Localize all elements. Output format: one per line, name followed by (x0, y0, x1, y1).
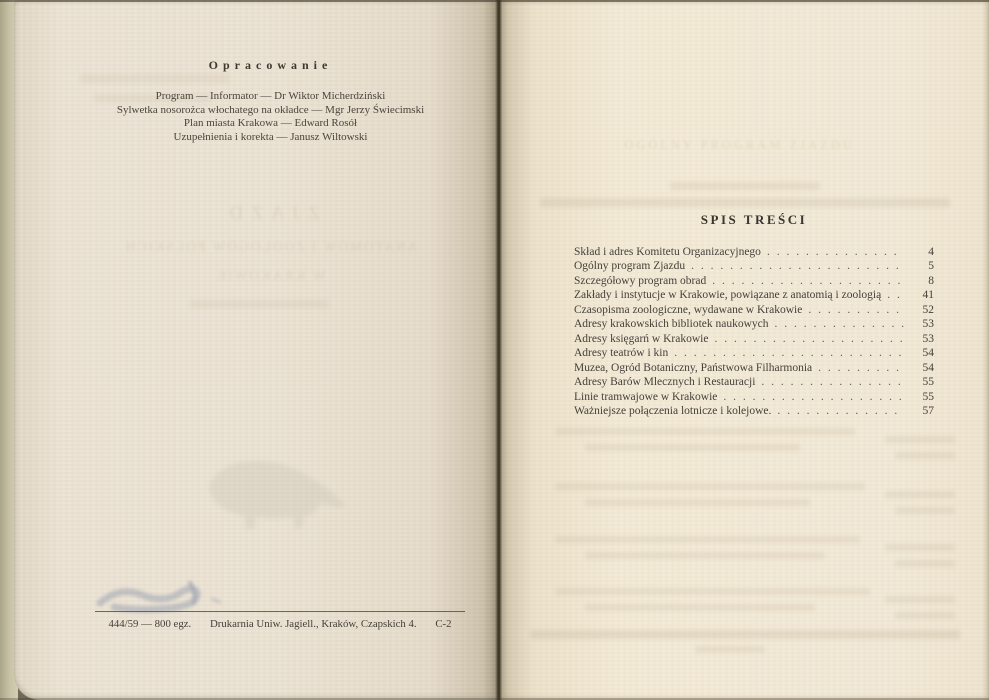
credit-line: Plan miasta Krakowa — Edward Rosół (54, 117, 487, 131)
ghost-text-bar (555, 428, 855, 435)
ghost-text-bar (885, 544, 955, 551)
credit-line: Uzupełnienia i korekta — Janusz Wiltowsk… (54, 131, 487, 145)
ghost-text-bar (555, 588, 870, 595)
ghost-text-bar (585, 499, 810, 506)
ghost-text-bar (555, 483, 865, 490)
ghost-text-bar (189, 300, 329, 308)
rhino-ghost-image (192, 446, 348, 532)
ghost-text-bar (585, 444, 800, 451)
imprint-block: 444/59 — 800 egz. Drukarnia Uniw. Jagiel… (95, 611, 465, 630)
left-page: Opracowanie Program — Informator — Dr Wi… (14, 0, 497, 700)
imprint-line: 444/59 — 800 egz. Drukarnia Uniw. Jagiel… (95, 618, 465, 630)
ghost-text-bar (895, 612, 955, 619)
imprint-printer: Drukarnia Uniw. Jagiell., Kraków, Czapsk… (210, 618, 417, 630)
credits-list: Program — Informator — Dr Wiktor Micherd… (54, 90, 487, 144)
imprint-code: C-2 (435, 618, 451, 630)
credit-line: Sylwetka nosorożca włochatego na okładce… (54, 104, 487, 118)
imprint-rule (95, 611, 465, 612)
ghost-text-bar (530, 630, 960, 639)
credits-heading: Opracowanie (54, 58, 487, 73)
ghost-show-through-title: ZJAZDANATOMÓW I ZOOLOGÓW POLSKICHW KRAKO… (54, 203, 487, 284)
ghost-text-bar (885, 436, 955, 443)
ghost-text-bar (555, 536, 860, 543)
credit-line: Program — Informator — Dr Wiktor Micherd… (54, 90, 487, 104)
ghost-text-bar (895, 507, 955, 514)
book-spread: Opracowanie Program — Informator — Dr Wi… (0, 0, 989, 700)
ghost-show-through-schedule (500, 0, 989, 700)
credits-block: Opracowanie Program — Informator — Dr Wi… (54, 58, 487, 144)
ghost-text-bar (895, 452, 955, 459)
ghost-text-bar (695, 646, 765, 653)
ghost-title-line: ZJAZD (54, 203, 487, 225)
imprint-edition: 444/59 — 800 egz. (108, 618, 191, 630)
ghost-text-bar (585, 604, 815, 611)
ghost-text-bar (585, 552, 825, 559)
ghost-text-bar (895, 560, 955, 567)
ghost-title-line: ANATOMÓW I ZOOLOGÓW POLSKICH (54, 239, 487, 255)
ghost-text-bar (885, 596, 955, 603)
ghost-text-bar (885, 491, 955, 498)
gutter-shadow (495, 0, 502, 700)
ghost-title-line: W KRAKOWIE (54, 268, 487, 284)
right-page: OGÓLNY PROGRAM ZJAZDU SPIS TREŚCI Skład … (500, 0, 989, 700)
